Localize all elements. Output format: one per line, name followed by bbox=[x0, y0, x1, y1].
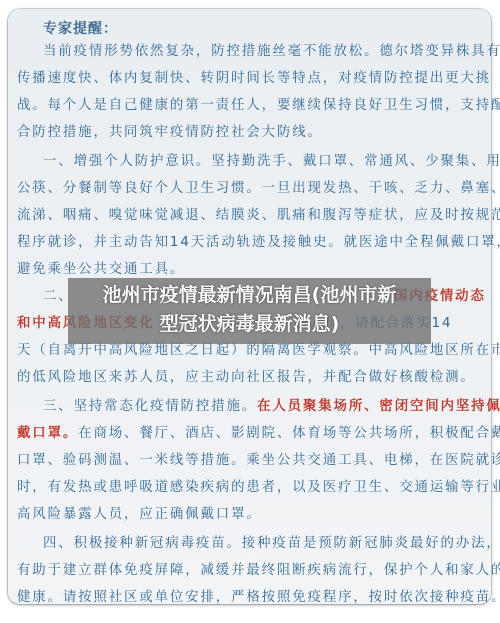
paragraph-line: 战。每个人是自己健康的第一责任人，要继续保持良好卫生习惯，支持配 bbox=[17, 96, 487, 116]
section-1-line: 流涕、咽痛、嗅觉味觉减退、结膜炎、肌痛和腹泻等症状，应及时按规范 bbox=[17, 206, 487, 226]
section-3-tail: 在商场、餐厅、酒店、影剧院、体育场等公共场所，积极配合戴 bbox=[78, 426, 500, 441]
section-2-line: 天（自离开中高风险地区之日起）的隔离医学观察。中高风险地区所在市 bbox=[17, 341, 487, 361]
overlay-title-line-2: 型冠状病毒最新消息) bbox=[68, 310, 431, 339]
section-1-line: 一、增强个人防护意识。坚持勤洗手、戴口罩、常通风、少聚集、用 bbox=[43, 152, 487, 172]
paragraph-line: 合防控措施，共同筑牢疫情防控社会大防线。 bbox=[17, 123, 487, 143]
section-3-line: 三、坚持常态化疫情防控措施。在人员聚集场所、密闭空间内坚持佩 bbox=[43, 397, 487, 417]
paragraph-line: 传播速度快、体内复制快、转阴时间长等特点，对疫情防控提出更大挑 bbox=[17, 69, 487, 89]
overlay-title[interactable]: 池州市疫情最新情况南昌(池州市新 型冠状病毒最新消息) bbox=[68, 281, 431, 339]
section-1-line: 程序就诊，并主动告知14天活动轨迹及接触史。就医途中全程佩戴口罩， bbox=[17, 233, 487, 253]
section-3-line: 戴口罩。在商场、餐厅、酒店、影剧院、体育场等公共场所，积极配合戴 bbox=[17, 424, 487, 444]
expert-reminder-heading: 专家提醒： bbox=[43, 18, 118, 38]
section-3-red-text: 在人员聚集场所、密闭空间内坚持佩 bbox=[257, 399, 500, 414]
section-3-line: 高风险暴露人员，应正确佩戴口罩。 bbox=[17, 505, 487, 525]
overlay-title-line-1: 池州市疫情最新情况南昌(池州市新 bbox=[68, 281, 431, 310]
section-3-line: 时，有发热或患呼吸道感染疾病的患者，以及医疗卫生、交通运输等行业 bbox=[17, 478, 487, 498]
section-4-line: 有助于建立群体免疫屏障，减缓并最终阻断疾病流行，保护个人和家人的 bbox=[17, 561, 487, 581]
section-1-line: 避免乘坐公共交通工具。 bbox=[17, 260, 487, 280]
section-3-prefix: 三、坚持常态化疫情防控措施。 bbox=[43, 399, 257, 414]
section-3-red-text: 戴口罩。 bbox=[17, 426, 78, 441]
section-4-line: 健康。请按照社区或单位安排，严格按照免疫程序，按时依次接种疫苗。 bbox=[17, 588, 487, 608]
section-2-line: 的低风险地区来苏人员，应主动向社区报告，并配合做好核酸检测。 bbox=[17, 368, 487, 388]
section-4-line: 四、积极接种新冠病毒疫苗。接种疫苗是预防新冠肺炎最好的办法， bbox=[43, 534, 487, 554]
section-3-line: 口罩、验码测温、一米线等措施。乘坐公共交通工具、电梯，在医院就诊 bbox=[17, 451, 487, 471]
paragraph-line: 当前疫情形势依然复杂，防控措施丝毫不能放松。德尔塔变异株具有 bbox=[43, 42, 487, 62]
section-1-line: 公筷、分餐制等良好个人卫生习惯。一旦出现发热、干咳、乏力、鼻塞、 bbox=[17, 179, 487, 199]
